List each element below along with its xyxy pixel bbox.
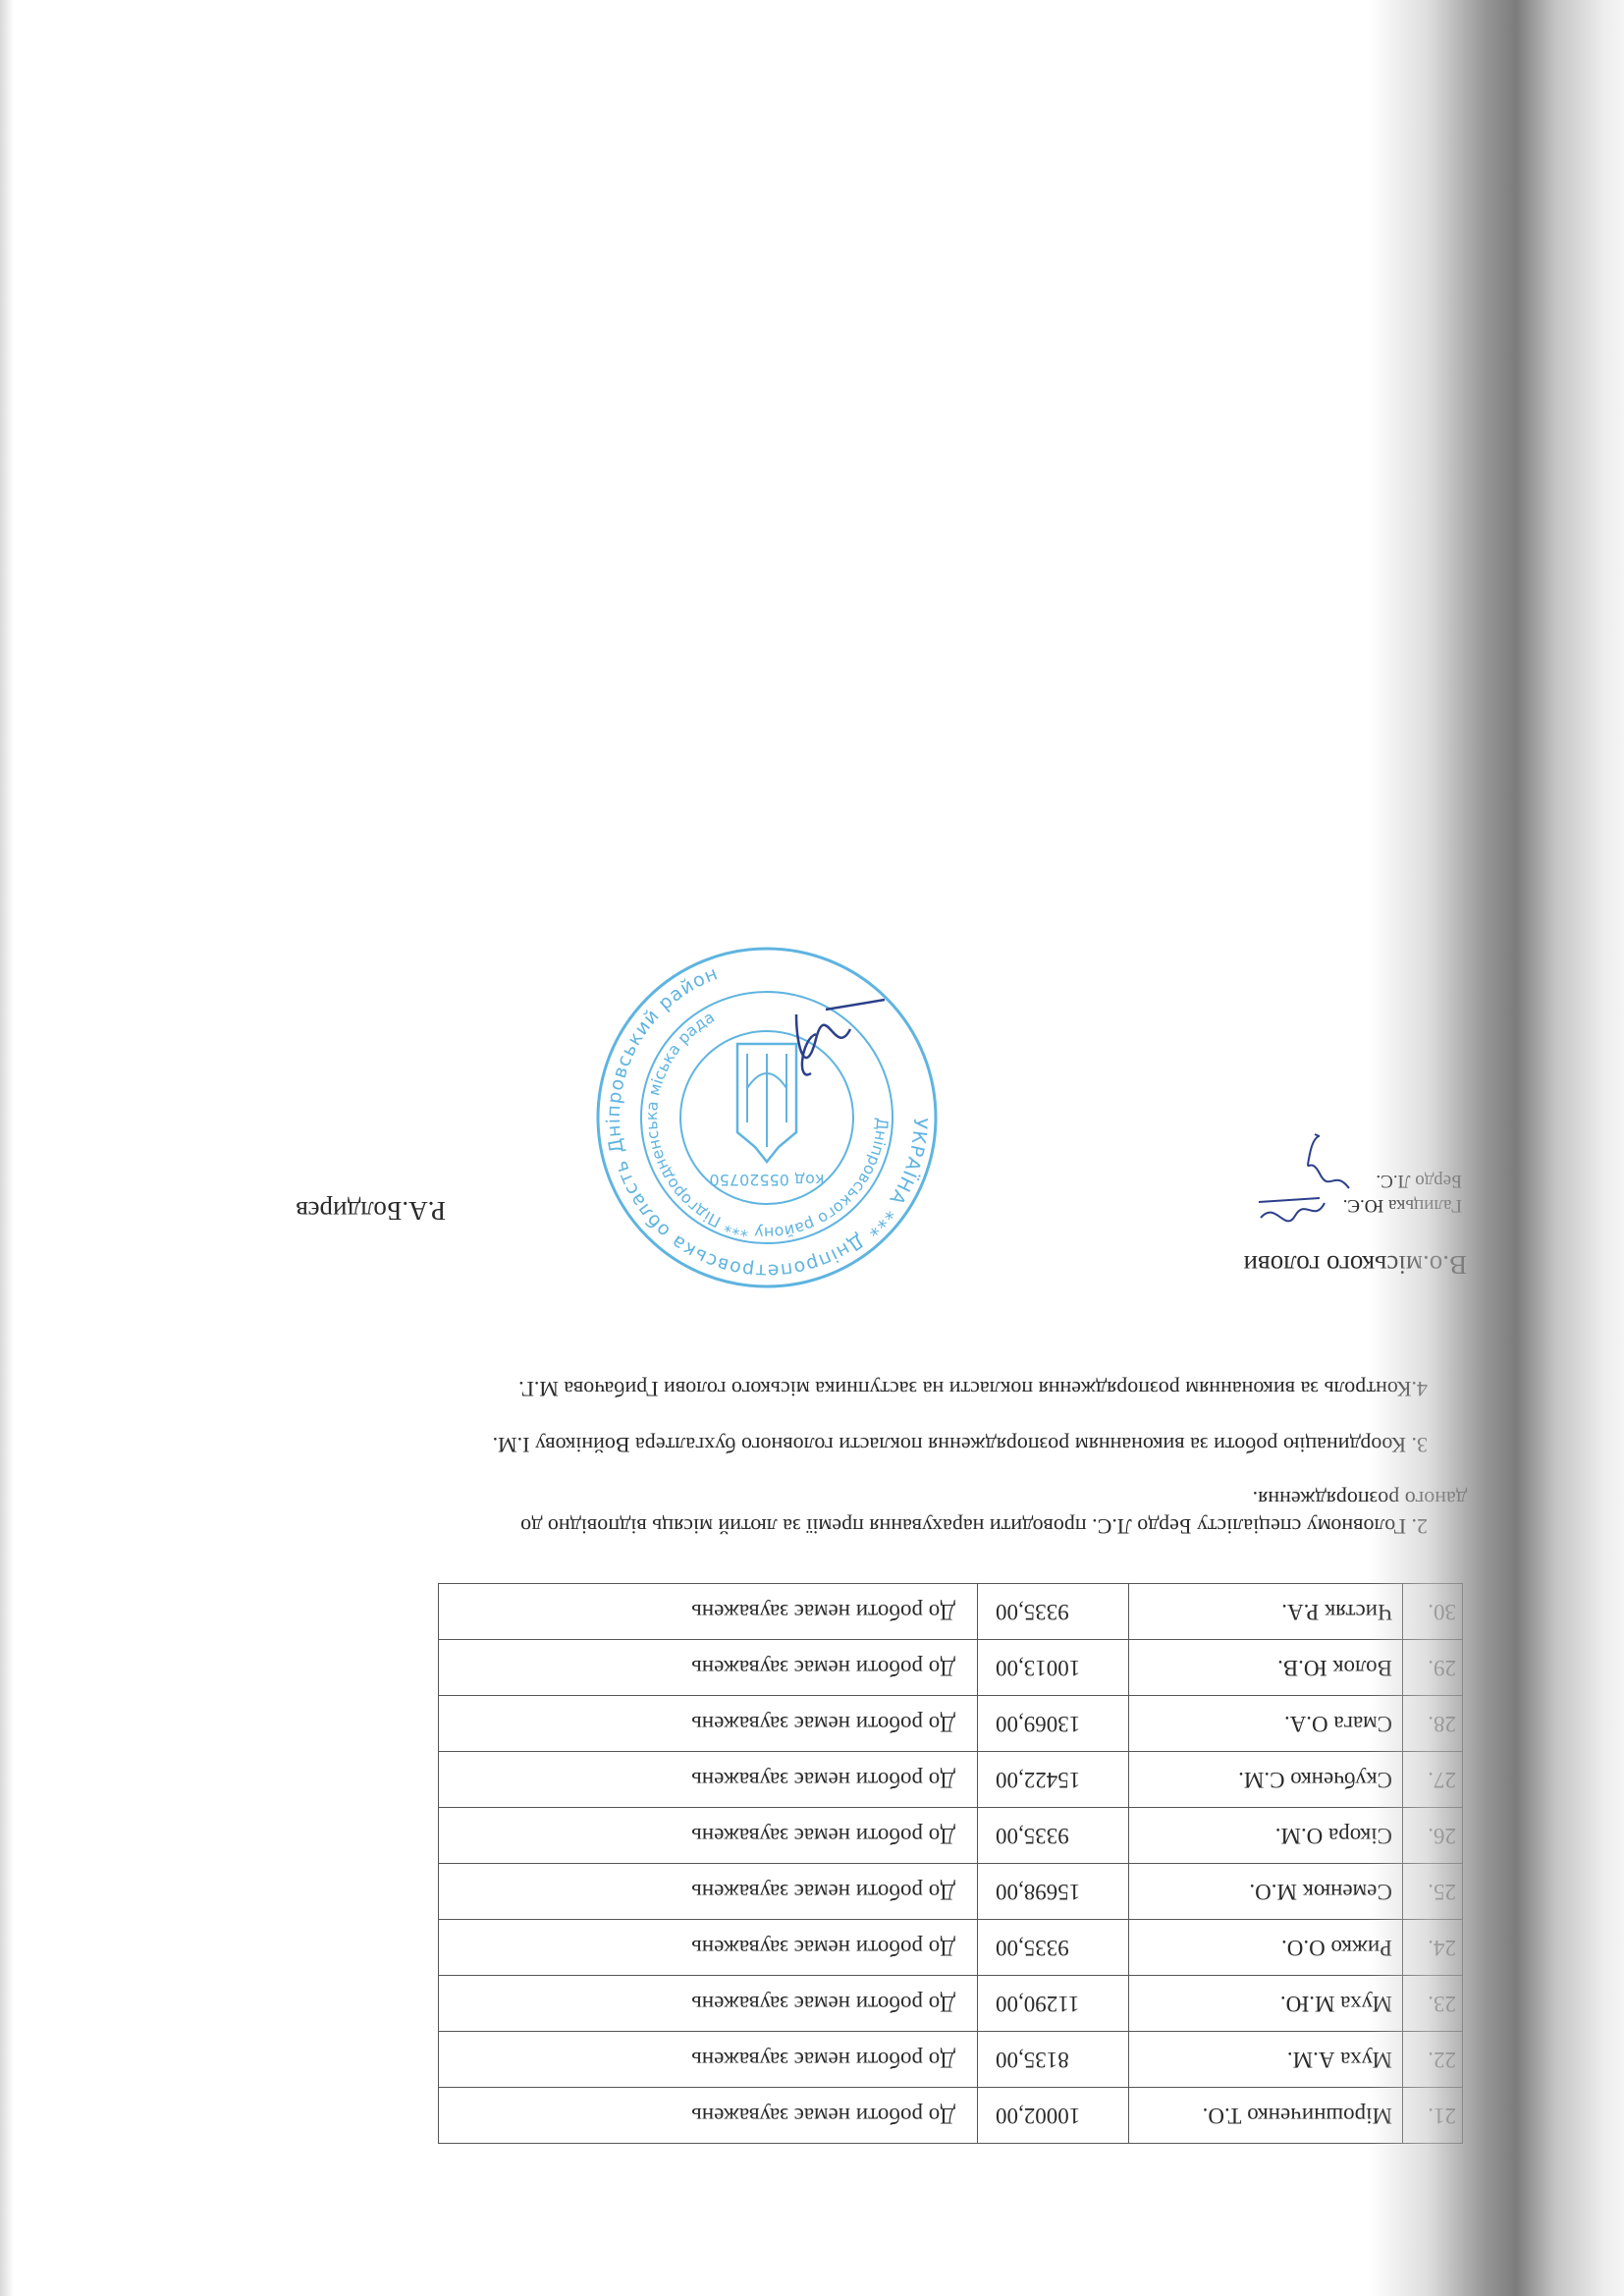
row-number: 30. (1403, 1584, 1463, 1640)
bonus-amount: 9335,00 (978, 1808, 1129, 1864)
row-number: 22. (1403, 2032, 1463, 2088)
row-note: До роботи немає зауважень (439, 1696, 978, 1752)
bonus-amount: 15422,00 (978, 1752, 1129, 1808)
row-note: До роботи немає зауважень (439, 2032, 978, 2088)
row-note: До роботи немає зауважень (439, 1808, 978, 1864)
bonus-amount: 10013,00 (978, 1640, 1129, 1696)
svg-text:код 05520750: код 05520750 (709, 1171, 824, 1189)
table-row: 28.Смага О.А.13069,00До роботи немає зау… (439, 1696, 1463, 1752)
row-note: До роботи немає зауважень (439, 1752, 978, 1808)
row-number: 27. (1403, 1752, 1463, 1808)
row-note: До роботи немає зауважень (439, 1920, 978, 1976)
bonus-amount: 15698,00 (978, 1864, 1129, 1920)
bonus-amount: 13069,00 (978, 1696, 1129, 1752)
bonus-amount: 9335,00 (978, 1920, 1129, 1976)
row-note: До роботи немає зауважень (439, 1976, 978, 2032)
employee-name: Муха М.Ю. (1129, 1976, 1403, 2032)
signatory-name: Р.А.Болдирєв (296, 1195, 446, 1226)
row-note: До роботи немає зауважень (439, 1584, 978, 1640)
document-page: 21.Мірошниченко Т.О.10002,00До роботи не… (0, 0, 1624, 2296)
row-note: До роботи немає зауважень (439, 2088, 978, 2144)
bonus-table: 21.Мірошниченко Т.О.10002,00До роботи не… (438, 1583, 1463, 2144)
bonus-amount: 8135,00 (978, 2032, 1129, 2088)
row-number: 28. (1403, 1696, 1463, 1752)
table-row: 26.Сікора О.М.9335,00До роботи немає зау… (439, 1808, 1463, 1864)
row-number: 24. (1403, 1920, 1463, 1976)
row-note: До роботи немає зауважень (439, 1640, 978, 1696)
row-number: 25. (1403, 1864, 1463, 1920)
approver-2: Бердо Л.С. (1376, 1170, 1462, 1191)
employee-name: Семенюк М.О. (1129, 1864, 1403, 1920)
row-number: 21. (1403, 2088, 1463, 2144)
table-row: 29.Волок Ю.В.10013,00До роботи немає зау… (439, 1640, 1463, 1696)
table-row: 21.Мірошниченко Т.О.10002,00До роботи не… (439, 2088, 1463, 2144)
table-row: 30.Чистяк Р.А.9335,00До роботи немає зау… (439, 1584, 1463, 1640)
table-row: 25.Семенюк М.О.15698,00До роботи немає з… (439, 1864, 1463, 1920)
employee-name: Смага О.А. (1129, 1696, 1403, 1752)
employee-name: Мірошниченко Т.О. (1129, 2088, 1403, 2144)
employee-name: Рижко О.О. (1129, 1920, 1403, 1976)
signatory-title: В.о.міського голови (1243, 1249, 1467, 1280)
paragraph-3: 3. Координацію роботи за виконанням розп… (493, 1431, 1428, 1458)
bonus-amount: 9335,00 (978, 1584, 1129, 1640)
bonus-amount: 11290,00 (978, 1976, 1129, 2032)
row-number: 23. (1403, 1976, 1463, 2032)
row-note: До роботи немає зауважень (439, 1864, 978, 1920)
table-row: 24.Рижко О.О.9335,00До роботи немає заув… (439, 1920, 1463, 1976)
row-number: 29. (1403, 1640, 1463, 1696)
paragraph-2: 2. Головному спеціалісту Бердо Л.С. пров… (520, 1512, 1428, 1540)
table-row: 23.Муха М.Ю.11290,00До роботи немає заув… (439, 1976, 1463, 2032)
bonus-amount: 10002,00 (978, 2088, 1129, 2144)
handwritten-signature-icon (1290, 1129, 1359, 1198)
paragraph-2-continuation: даного розпорядження. (1253, 1485, 1467, 1512)
employee-name: Волок Ю.В. (1129, 1640, 1403, 1696)
paragraph-4: 4.Контроль за виконанням розпорядження п… (518, 1375, 1428, 1402)
employee-name: Скубченко С.М. (1129, 1752, 1403, 1808)
table-row: 27.Скубченко С.М.15422,00До роботи немає… (439, 1752, 1463, 1808)
row-number: 26. (1403, 1808, 1463, 1864)
employee-name: Муха А.М. (1129, 2032, 1403, 2088)
table-row: 22.Муха А.М.8135,00До роботи немає заува… (439, 2032, 1463, 2088)
official-stamp-icon: УКРАЇНА *** Дніпропетровська область Дні… (590, 941, 944, 1294)
employee-name: Сікора О.М. (1129, 1808, 1403, 1864)
approver-1: Галицька Ю.Є. (1343, 1194, 1462, 1216)
employee-name: Чистяк Р.А. (1129, 1584, 1403, 1640)
